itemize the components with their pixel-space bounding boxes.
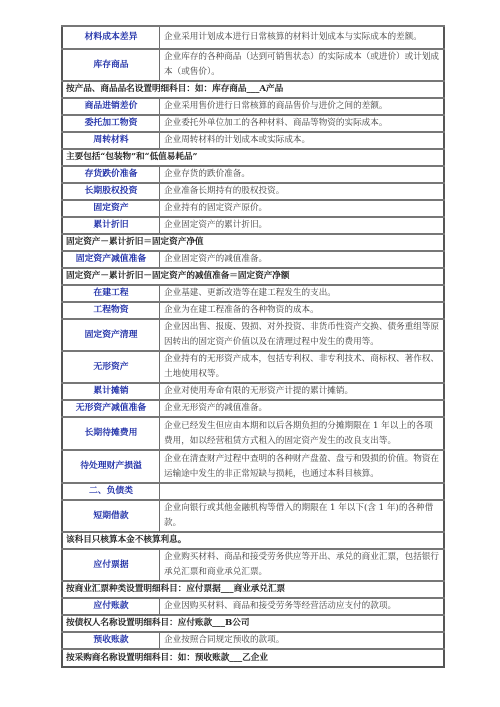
term-cell: 周转材料 — [62, 132, 160, 149]
note-cell: 固定资产－累计折旧＝固定资产净值 — [62, 234, 444, 251]
note-row: 按采购商名称设置明细科目：如：预收账款___乙企业 — [62, 649, 444, 667]
note-cell: 该科目只核算本金不核算利息。 — [62, 532, 444, 549]
description-cell: 企业采用计划成本进行日常核算的材料计划成本与实际成本的差额。 — [160, 26, 445, 49]
table-row: 工程物资 企业为在建工程准备的各种物资的成本。 — [62, 302, 444, 319]
term-cell: 应付票据 — [62, 549, 160, 581]
description-cell: 企业因出售、报废、毁损、对外投资、非货币性资产交换、债务重组等原因转出的固定资产… — [160, 319, 445, 351]
description-cell: 企业已经发生但应由本期和以后各期负担的分摊期限在 1 年以上的各项费用，如以经营… — [160, 417, 445, 450]
table-row: 预收账款 企业按照合同规定预收的款项。 — [62, 632, 444, 649]
table-row: 应付票据 企业购买材料、商品和接受劳务供应等开出、承兑的商业汇票，包括银行承兑汇… — [62, 549, 444, 581]
term-cell: 无形资产减值准备 — [62, 400, 160, 417]
table-row: 固定资产 企业持有的固定资产原价。 — [62, 200, 444, 217]
term-cell: 预收账款 — [62, 632, 160, 649]
note-cell: 按商业汇票种类设置明细科目：应付票据___商业承兑汇票 — [62, 581, 444, 598]
table-row: 短期借款 企业向银行或其他金融机构等借入的期限在 1 年以下(含 1 年)的各种… — [62, 500, 444, 532]
table-row: 累计折旧 企业固定资产的累计折旧。 — [62, 217, 444, 234]
table-row: 应付账款 企业因购买材料、商品和接受劳务等经营活动应支付的款项。 — [62, 598, 444, 615]
term-cell: 在建工程 — [62, 285, 160, 302]
note-row: 主要包括“包装物”和“低值易耗品” — [62, 149, 444, 166]
term-cell: 固定资产 — [62, 200, 160, 217]
table-row: 长期股权投资 企业准备长期持有的股权投资。 — [62, 183, 444, 200]
table-row: 周转材料 企业周转材料的计划成本或实际成本。 — [62, 132, 444, 149]
term-cell: 材料成本差异 — [62, 26, 160, 49]
table-row: 材料成本差异 企业采用计划成本进行日常核算的材料计划成本与实际成本的差额。 — [62, 26, 444, 49]
term-cell: 无形资产 — [62, 351, 160, 383]
note-row: 按产品、商品品名设置明细科目：如：库存商品___A产品 — [62, 81, 444, 98]
description-cell: 企业购买材料、商品和接受劳务供应等开出、承兑的商业汇票，包括银行承兑汇票和商业承… — [160, 549, 445, 581]
table-row: 长期待摊费用 企业已经发生但应由本期和以后各期负担的分摊期限在 1 年以上的各项… — [62, 417, 444, 450]
term-cell: 工程物资 — [62, 302, 160, 319]
note-row: 固定资产－累计折旧－固定资产的减值准备＝固定资产净额 — [62, 268, 444, 285]
term-cell: 固定资产清理 — [62, 319, 160, 351]
term-cell: 短期借款 — [62, 500, 160, 532]
table-row: 固定资产减值准备 企业固定资产的减值准备。 — [62, 251, 444, 268]
term-cell: 存货跌价准备 — [62, 166, 160, 183]
description-cell: 企业基建、更新改造等在建工程发生的支出。 — [160, 285, 445, 302]
section-header-row: 二、负债类 — [62, 483, 444, 500]
term-cell: 委托加工物资 — [62, 115, 160, 132]
table-row: 在建工程 企业基建、更新改造等在建工程发生的支出。 — [62, 285, 444, 302]
description-cell: 企业准备长期持有的股权投资。 — [160, 183, 445, 200]
description-cell: 企业持有的固定资产原价。 — [160, 200, 445, 217]
term-cell: 固定资产减值准备 — [62, 251, 160, 268]
table-row: 商品进销差价 企业采用售价进行日常核算的商品售价与进价之间的差额。 — [62, 98, 444, 115]
note-row: 按商业汇票种类设置明细科目：应付票据___商业承兑汇票 — [62, 581, 444, 598]
note-row: 固定资产－累计折旧＝固定资产净值 — [62, 234, 444, 251]
table-row: 委托加工物资 企业委托外单位加工的各种材料、商品等物资的实际成本。 — [62, 115, 444, 132]
term-cell: 长期股权投资 — [62, 183, 160, 200]
note-row: 按债权人名称设置明细科目：应付账款___B公司 — [62, 615, 444, 632]
table-row: 待处理财产损溢 企业在清查财产过程中查明的各种财产盘盈、盘亏和毁损的价值。物资在… — [62, 450, 444, 483]
note-cell: 按采购商名称设置明细科目：如：预收账款___乙企业 — [62, 649, 444, 667]
description-cell: 企业对使用寿命有限的无形资产计提的累计摊销。 — [160, 383, 445, 400]
table-row: 无形资产减值准备 企业无形资产的减值准备。 — [62, 400, 444, 417]
description-cell — [160, 483, 445, 500]
table-row: 固定资产清理 企业因出售、报废、毁损、对外投资、非货币性资产交换、债务重组等原因… — [62, 319, 444, 351]
description-cell: 企业固定资产的累计折旧。 — [160, 217, 445, 234]
description-cell: 企业库存的各种商品（达到可销售状态）的实际成本（或进价）或计划成本（或售价）。 — [160, 49, 445, 81]
note-cell: 主要包括“包装物”和“低值易耗品” — [62, 149, 444, 166]
term-cell: 商品进销差价 — [62, 98, 160, 115]
description-cell: 企业周转材料的计划成本或实际成本。 — [160, 132, 445, 149]
description-cell: 企业为在建工程准备的各种物资的成本。 — [160, 302, 445, 319]
description-cell: 企业采用售价进行日常核算的商品售价与进价之间的差额。 — [160, 98, 445, 115]
term-cell: 累计折旧 — [62, 217, 160, 234]
description-cell: 企业委托外单位加工的各种材料、商品等物资的实际成本。 — [160, 115, 445, 132]
table-row: 存货跌价准备 企业存货的跌价准备。 — [62, 166, 444, 183]
accounting-terms-document: 材料成本差异 企业采用计划成本进行日常核算的材料计划成本与实际成本的差额。 库存… — [61, 25, 445, 668]
term-cell: 库存商品 — [62, 49, 160, 81]
description-cell: 企业因购买材料、商品和接受劳务等经营活动应支付的款项。 — [160, 598, 445, 615]
term-cell: 长期待摊费用 — [62, 417, 160, 450]
section-heading: 二、负债类 — [62, 483, 160, 500]
description-cell: 企业持有的无形资产成本，包括专利权、非专利技术、商标权、著作权、土地使用权等。 — [160, 351, 445, 383]
term-cell: 应付账款 — [62, 598, 160, 615]
description-cell: 企业存货的跌价准备。 — [160, 166, 445, 183]
table-row: 累计摊销 企业对使用寿命有限的无形资产计提的累计摊销。 — [62, 383, 444, 400]
description-cell: 企业在清查财产过程中查明的各种财产盘盈、盘亏和毁损的价值。物资在运输途中发生的非… — [160, 450, 445, 483]
description-cell: 企业向银行或其他金融机构等借入的期限在 1 年以下(含 1 年)的各种借款。 — [160, 500, 445, 532]
accounting-terms-table: 材料成本差异 企业采用计划成本进行日常核算的材料计划成本与实际成本的差额。 库存… — [61, 25, 445, 668]
note-cell: 按产品、商品品名设置明细科目：如：库存商品___A产品 — [62, 81, 444, 98]
description-cell: 企业无形资产的减值准备。 — [160, 400, 445, 417]
table-row: 库存商品 企业库存的各种商品（达到可销售状态）的实际成本（或进价）或计划成本（或… — [62, 49, 444, 81]
note-row: 该科目只核算本金不核算利息。 — [62, 532, 444, 549]
term-cell: 累计摊销 — [62, 383, 160, 400]
term-cell: 待处理财产损溢 — [62, 450, 160, 483]
table-row: 无形资产 企业持有的无形资产成本，包括专利权、非专利技术、商标权、著作权、土地使… — [62, 351, 444, 383]
description-cell: 企业固定资产的减值准备。 — [160, 251, 445, 268]
note-cell: 按债权人名称设置明细科目：应付账款___B公司 — [62, 615, 444, 632]
description-cell: 企业按照合同规定预收的款项。 — [160, 632, 445, 649]
note-cell: 固定资产－累计折旧－固定资产的减值准备＝固定资产净额 — [62, 268, 444, 285]
